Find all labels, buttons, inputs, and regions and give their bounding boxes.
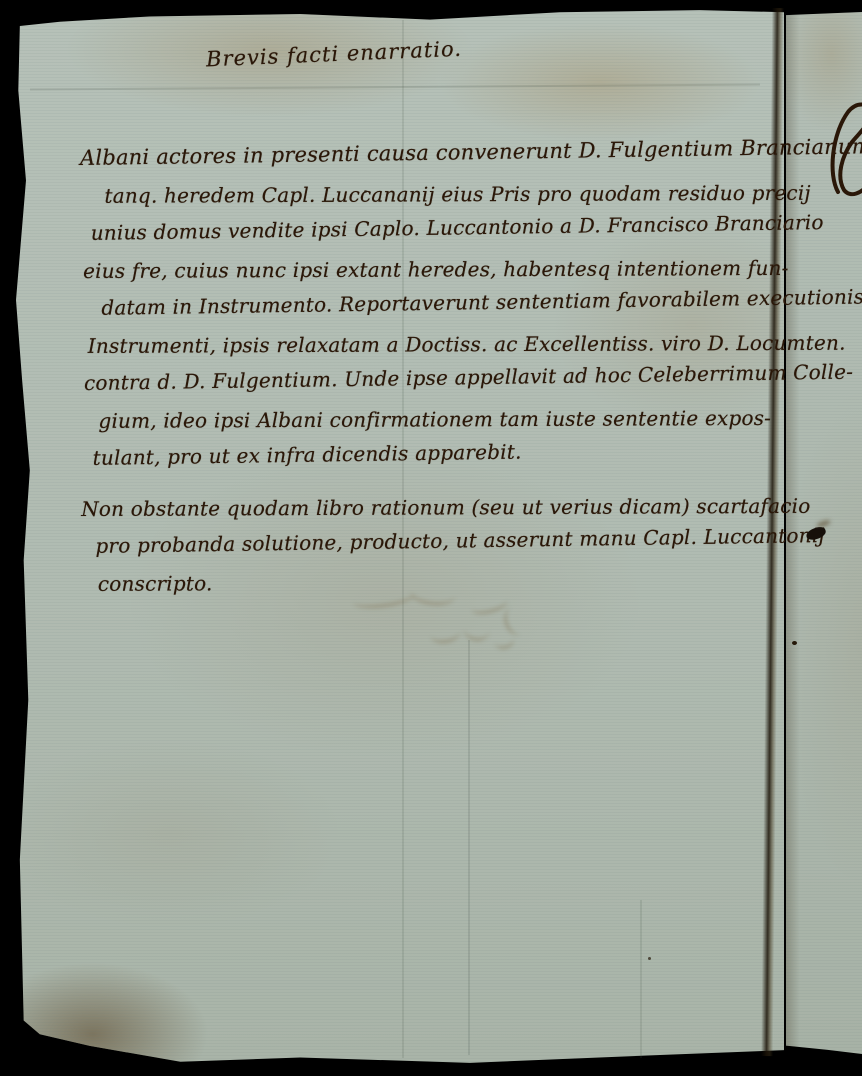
- adjacent-page-partial-letter-icon: [826, 96, 862, 200]
- ink-speck: [648, 957, 651, 960]
- ink-speck: [364, 190, 367, 193]
- manuscript-scan: Brevis facti enarratio. Albani actores i…: [0, 0, 862, 1076]
- manuscript-line: conscripto.: [98, 568, 788, 609]
- ink-speck: [792, 641, 797, 645]
- manuscript-body: Albani actores in presenti causa convene…: [78, 140, 788, 609]
